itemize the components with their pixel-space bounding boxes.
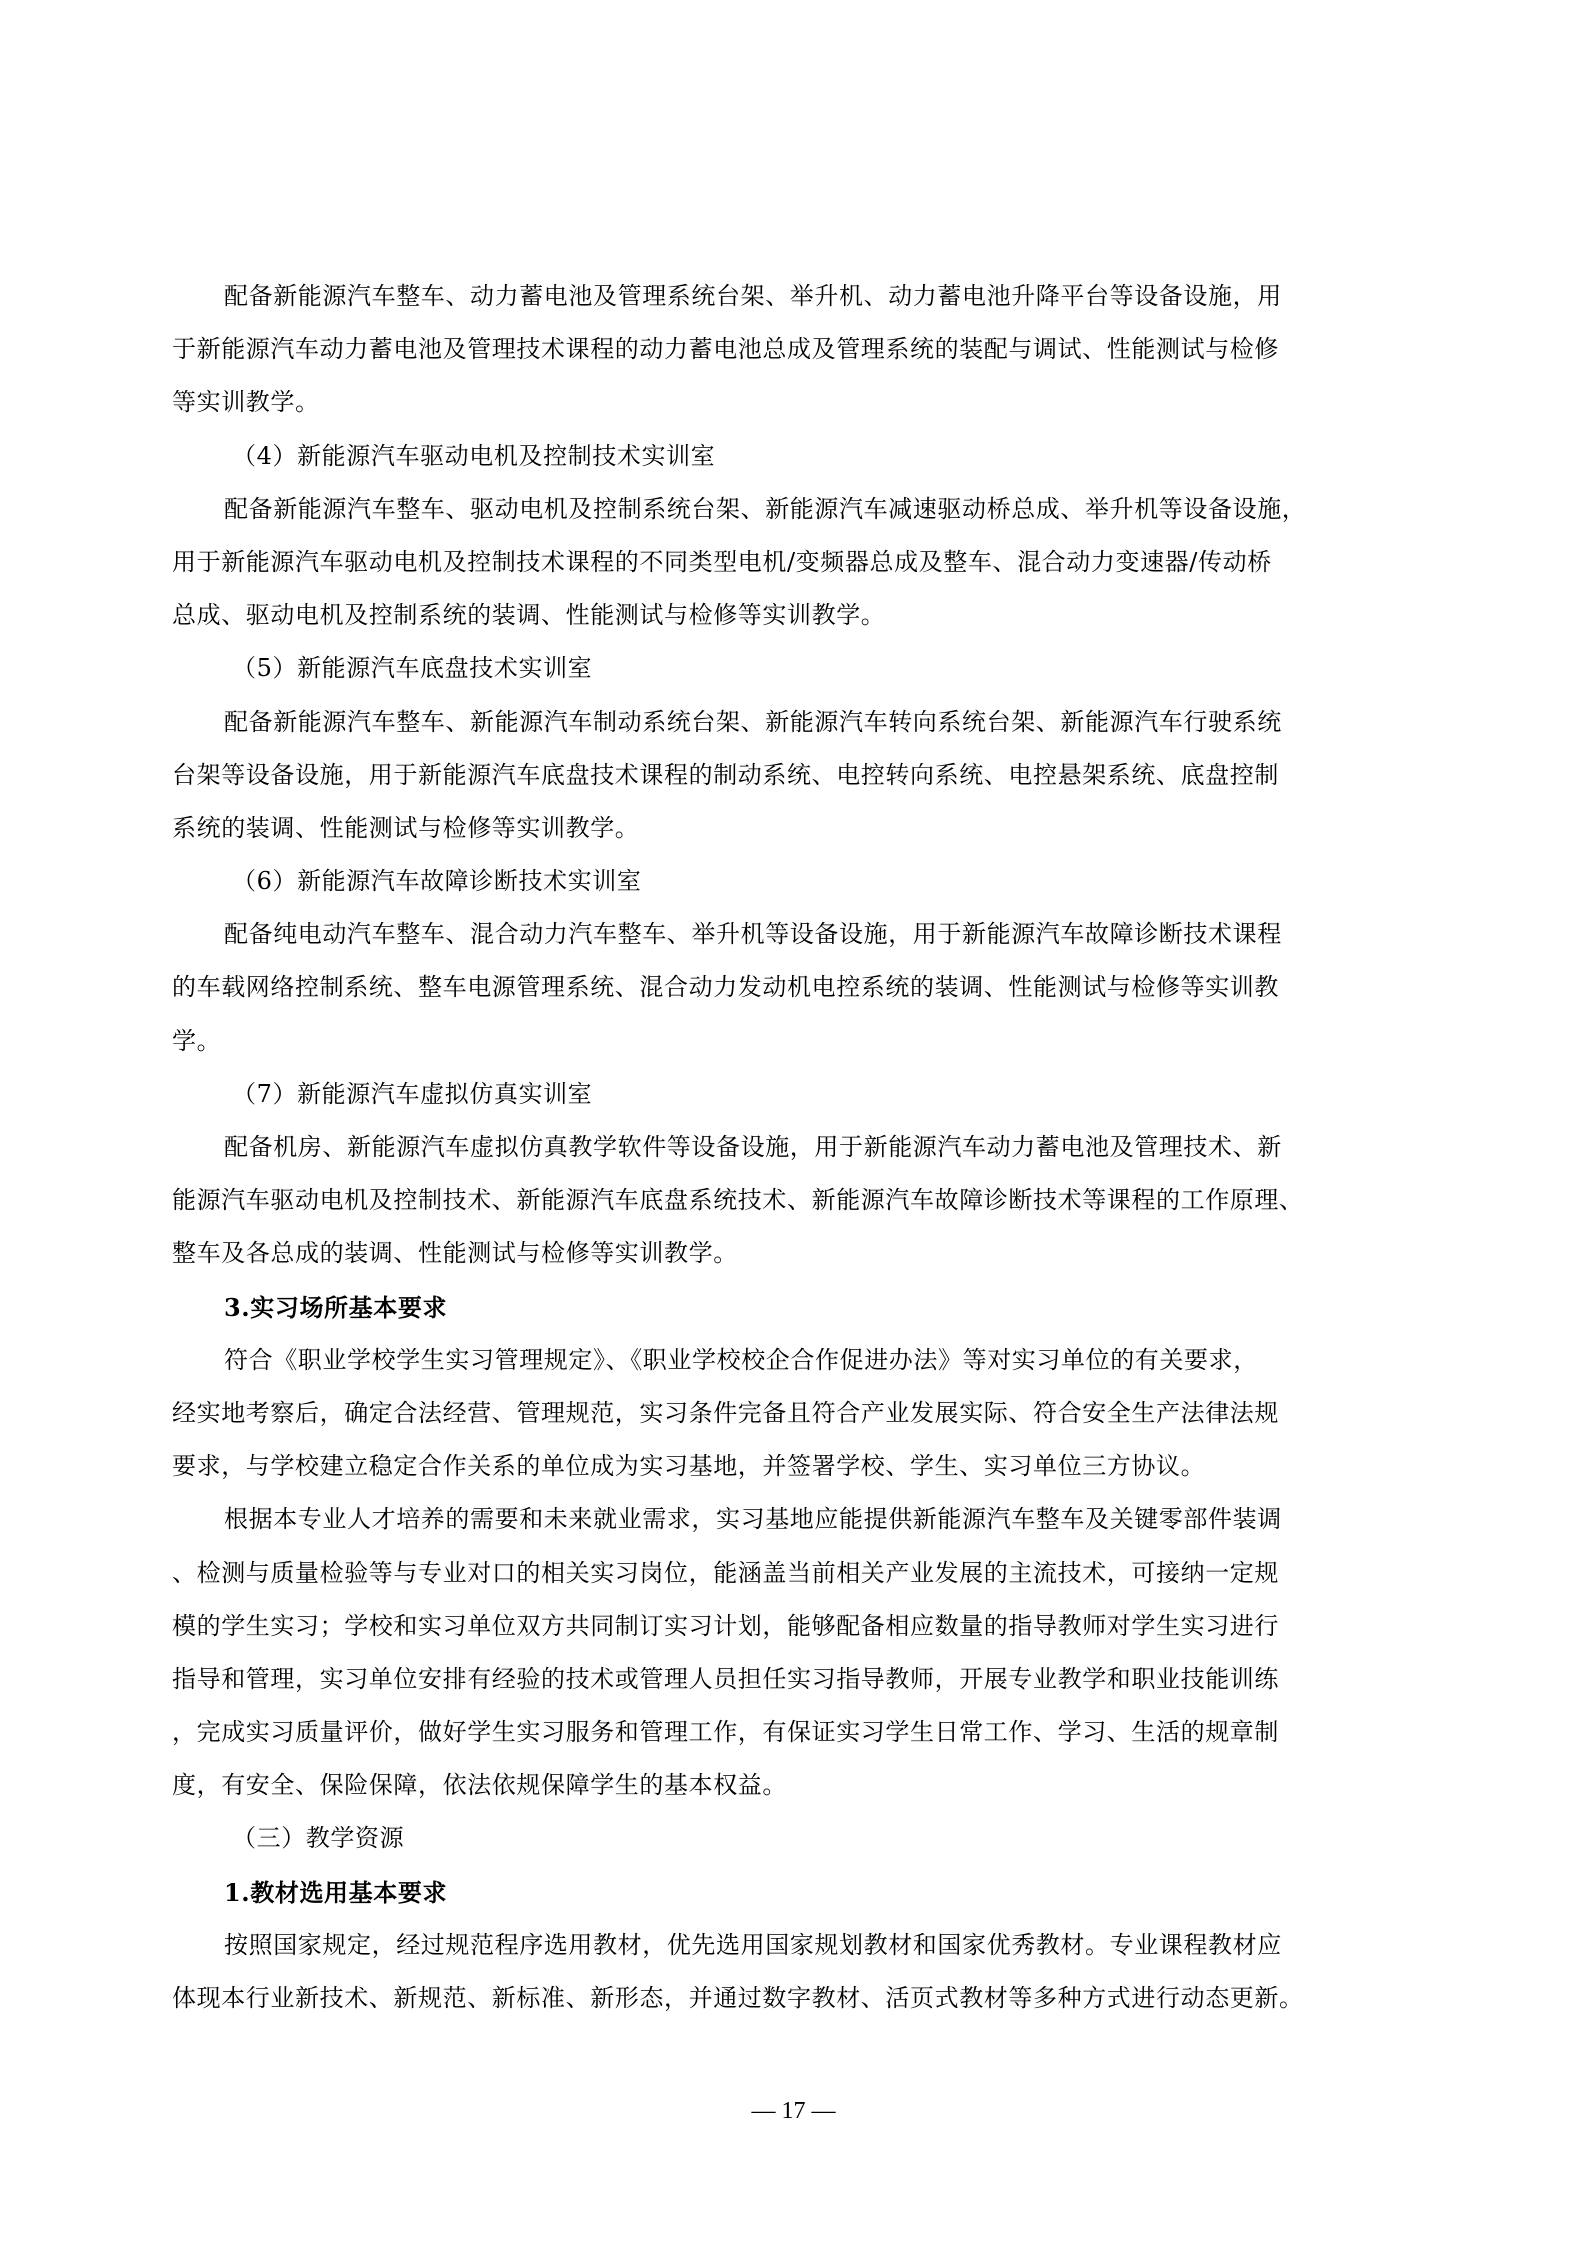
subheading-teaching-resources: （三）教学资源 <box>172 1812 1442 1865</box>
paragraph-line: 用于新能源汽车驱动电机及控制技术课程的不同类型电机/变频器总成及整车、混合动力变… <box>172 536 1442 589</box>
paragraph-line: 指导和管理，实习单位安排有经验的技术或管理人员担任实习指导教师，开展专业教学和职… <box>172 1653 1442 1706</box>
paragraph-line: 体现本行业新技术、新规范、新标准、新形态，并通过数字教材、活页式教材等多种方式进… <box>172 1972 1442 2025</box>
paragraph-line: 度，有安全、保险保障，依法依规保障学生的基本权益。 <box>172 1759 1442 1812</box>
paragraph-line: 按照国家规定，经过规范程序选用教材，优先选用国家规划教材和国家优秀教材。专业课程… <box>172 1919 1442 1972</box>
paragraph-line: 系统的装调、性能测试与检修等实训教学。 <box>172 802 1442 855</box>
subheading-chassis-lab: （5）新能源汽车底盘技术实训室 <box>172 642 1442 695</box>
paragraph-drive-motor-lab: 配备新能源汽车整车、驱动电机及控制系统台架、新能源汽车减速驱动桥总成、举升机等设… <box>172 483 1442 643</box>
paragraph-line: 根据本专业人才培养的需要和未来就业需求，实习基地应能提供新能源汽车整车及关键零部… <box>172 1493 1442 1546</box>
paragraph-power-battery-lab: 配备新能源汽车整车、动力蓄电池及管理系统台架、举升机、动力蓄电池升降平台等设备设… <box>172 270 1442 430</box>
paragraph-line: 台架等设备设施，用于新能源汽车底盘技术课程的制动系统、电控转向系统、电控悬架系统… <box>172 749 1442 802</box>
heading-internship-site-requirements: 3.实习场所基本要求 <box>172 1281 1442 1334</box>
paragraph-line: 配备机房、新能源汽车虚拟仿真教学软件等设备设施，用于新能源汽车动力蓄电池及管理技… <box>172 1121 1442 1174</box>
paragraph-line: 符合《职业学校学生实习管理规定》、《职业学校校企合作促进办法》等对实习单位的有关… <box>172 1334 1442 1387</box>
page-number: — 17 — <box>0 2098 1587 2125</box>
paragraph-line: 的车载网络控制系统、整车电源管理系统、混合动力发动机电控系统的装调、性能测试与检… <box>172 961 1442 1014</box>
document-body: 配备新能源汽车整车、动力蓄电池及管理系统台架、举升机、动力蓄电池升降平台等设备设… <box>172 270 1442 2025</box>
paragraph-line: 能源汽车驱动电机及控制技术、新能源汽车底盘系统技术、新能源汽车故障诊断技术等课程… <box>172 1174 1442 1227</box>
paragraph-textbook-selection: 按照国家规定，经过规范程序选用教材，优先选用国家规划教材和国家优秀教材。专业课程… <box>172 1919 1442 2025</box>
heading-textbook-selection: 1.教材选用基本要求 <box>172 1866 1442 1919</box>
paragraph-virtual-simulation-lab: 配备机房、新能源汽车虚拟仿真教学软件等设备设施，用于新能源汽车动力蓄电池及管理技… <box>172 1121 1442 1281</box>
paragraph-internship-base: 根据本专业人才培养的需要和未来就业需求，实习基地应能提供新能源汽车整车及关键零部… <box>172 1493 1442 1812</box>
paragraph-line: 学。 <box>172 1015 1442 1068</box>
paragraph-line: 配备新能源汽车整车、动力蓄电池及管理系统台架、举升机、动力蓄电池升降平台等设备设… <box>172 270 1442 323</box>
paragraph-line: 配备纯电动汽车整车、混合动力汽车整车、举升机等设备设施，用于新能源汽车故障诊断技… <box>172 908 1442 961</box>
paragraph-line: 、检测与质量检验等与专业对口的相关实习岗位，能涵盖当前相关产业发展的主流技术，可… <box>172 1547 1442 1600</box>
paragraph-line: 等实训教学。 <box>172 376 1442 429</box>
paragraph-line: 于新能源汽车动力蓄电池及管理技术课程的动力蓄电池总成及管理系统的装配与调试、性能… <box>172 323 1442 376</box>
paragraph-line: 配备新能源汽车整车、新能源汽车制动系统台架、新能源汽车转向系统台架、新能源汽车行… <box>172 696 1442 749</box>
paragraph-fault-diagnosis-lab: 配备纯电动汽车整车、混合动力汽车整车、举升机等设备设施，用于新能源汽车故障诊断技… <box>172 908 1442 1068</box>
subheading-virtual-simulation-lab: （7）新能源汽车虚拟仿真实训室 <box>172 1068 1442 1121</box>
paragraph-line: 模的学生实习；学校和实习单位双方共同制订实习计划，能够配备相应数量的指导教师对学… <box>172 1600 1442 1653</box>
paragraph-line: 配备新能源汽车整车、驱动电机及控制系统台架、新能源汽车减速驱动桥总成、举升机等设… <box>172 483 1442 536</box>
paragraph-line: 总成、驱动电机及控制系统的装调、性能测试与检修等实训教学。 <box>172 589 1442 642</box>
paragraph-line: ，完成实习质量评价，做好学生实习服务和管理工作，有保证实习学生日常工作、学习、生… <box>172 1706 1442 1759</box>
subheading-drive-motor-lab: （4）新能源汽车驱动电机及控制技术实训室 <box>172 430 1442 483</box>
paragraph-line: 要求，与学校建立稳定合作关系的单位成为实习基地，并签署学校、学生、实习单位三方协… <box>172 1440 1442 1493</box>
paragraph-line: 整车及各总成的装调、性能测试与检修等实训教学。 <box>172 1227 1442 1280</box>
subheading-fault-diagnosis-lab: （6）新能源汽车故障诊断技术实训室 <box>172 855 1442 908</box>
paragraph-chassis-lab: 配备新能源汽车整车、新能源汽车制动系统台架、新能源汽车转向系统台架、新能源汽车行… <box>172 696 1442 856</box>
paragraph-line: 经实地考察后，确定合法经营、管理规范，实习条件完备且符合产业发展实际、符合安全生… <box>172 1387 1442 1440</box>
paragraph-internship-regulations: 符合《职业学校学生实习管理规定》、《职业学校校企合作促进办法》等对实习单位的有关… <box>172 1334 1442 1494</box>
